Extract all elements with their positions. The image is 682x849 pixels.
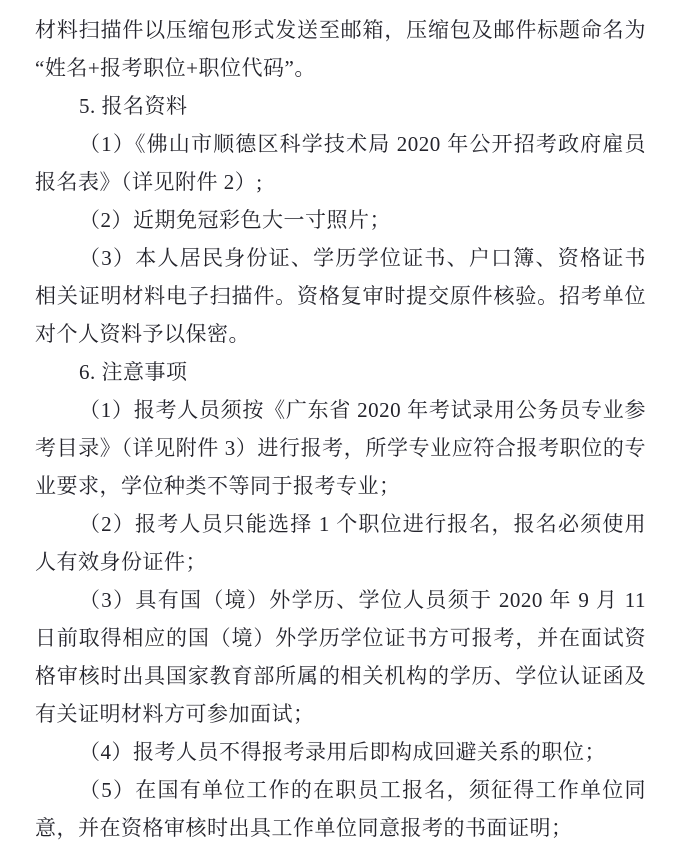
list-item-line: （3）具有国（境）外学历、学位人员须于 2020 年 9 月 11 [35, 581, 646, 619]
list-item-line: 相关证明材料电子扫描件。资格复审时提交原件核验。招考单位 [35, 277, 646, 315]
list-item-line: 对个人资料予以保密。 [35, 315, 646, 353]
body-text-line: “姓名+报考职位+职位代码”。 [35, 49, 646, 87]
list-item-line: 报名表》（详见附件 2）; [35, 163, 646, 201]
section-heading-6: 6. 注意事项 [35, 353, 646, 391]
list-item-line: 有关证明材料方可参加面试； [35, 695, 646, 733]
list-item-line: 考目录》（详见附件 3）进行报考，所学专业应符合报考职位的专 [35, 429, 646, 467]
list-item-line: 意，并在资格审核时出具工作单位同意报考的书面证明； [35, 809, 646, 847]
list-item-line: 格审核时出具国家教育部所属的相关机构的学历、学位认证函及 [35, 657, 646, 695]
list-item-line: （1）报考人员须按《广东省 2020 年考试录用公务员专业参 [35, 391, 646, 429]
list-item-line: （1）《佛山市顺德区科学技术局 2020 年公开招考政府雇员 [35, 125, 646, 163]
list-item-line: （2）近期免冠彩色大一寸照片； [35, 201, 646, 239]
document-page: 材料扫描件以压缩包形式发送至邮箱，压缩包及邮件标题命名为 “姓名+报考职位+职位… [0, 0, 682, 849]
body-text-line: 材料扫描件以压缩包形式发送至邮箱，压缩包及邮件标题命名为 [35, 11, 646, 49]
list-item-line: （3）本人居民身份证、学历学位证书、户口簿、资格证书等 [35, 239, 646, 277]
section-heading-5: 5. 报名资料 [35, 87, 646, 125]
list-item-line: 日前取得相应的国（境）外学历学位证书方可报考，并在面试资 [35, 619, 646, 657]
list-item-line: （5）在国有单位工作的在职员工报名，须征得工作单位同 [35, 771, 646, 809]
list-item-line: 业要求，学位种类不等同于报考专业； [35, 467, 646, 505]
list-item-line: 人有效身份证件； [35, 543, 646, 581]
list-item-line: （2）报考人员只能选择 1 个职位进行报名，报名必须使用本 [35, 505, 646, 543]
list-item-line: （4）报考人员不得报考录用后即构成回避关系的职位； [35, 733, 646, 771]
